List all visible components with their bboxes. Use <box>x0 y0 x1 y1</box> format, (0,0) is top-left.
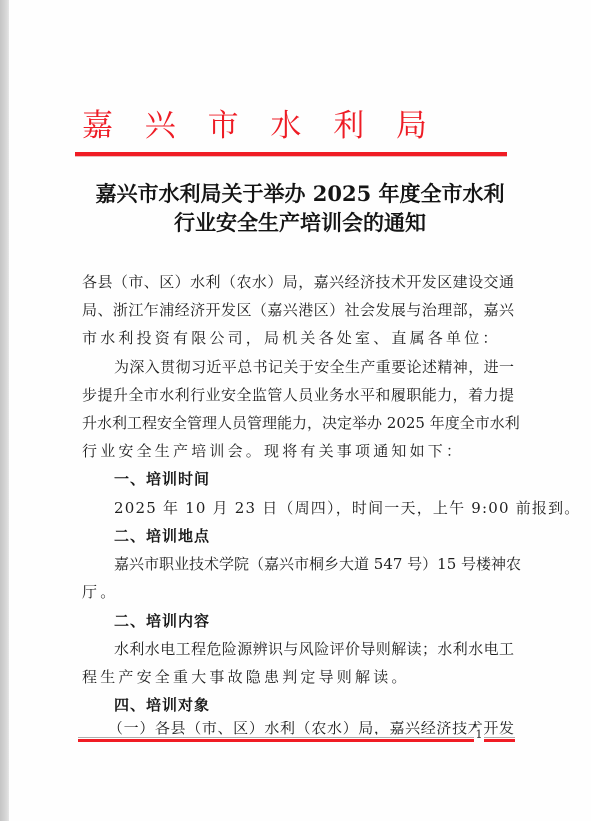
body-line-recipients-1: 各县（市、区）水利（农水）局，嘉兴经济技术开发区建设交通 <box>82 270 514 294</box>
footer-red-rule <box>78 739 515 742</box>
body-line-recipients-2: 局、浙江乍浦经济开发区（嘉兴港区）社会发展与治理部，嘉兴 <box>82 298 514 322</box>
masthead-char: 水 <box>270 106 301 146</box>
masthead-red-rule <box>75 152 507 156</box>
body-line-training-location-1: 嘉兴市职业技术学院（嘉兴市桐乡大道 547 号）15 号楼神农 <box>114 552 514 576</box>
masthead-red-header: 嘉 兴 市 水 利 局 <box>82 106 427 146</box>
body-line-intro-4: 行业安全生产培训会。现将有关事项通知如下： <box>82 439 514 463</box>
body-line-training-targets-1: （一）各县（市、区）水利（农水）局，嘉兴经济技术开发 <box>108 721 514 735</box>
masthead-char: 市 <box>208 106 239 146</box>
body-line-intro-1: 为深入贯彻习近平总书记关于安全生产重要论述精神，进一 <box>114 355 514 379</box>
footer-thin-rule <box>78 737 515 738</box>
body-line-training-time: 2025 年 10 月 23 日（周四），时间一天，上午 9:00 前报到。 <box>114 496 514 520</box>
masthead-char: 利 <box>333 106 364 146</box>
masthead-char: 局 <box>396 106 427 146</box>
masthead-char: 兴 <box>145 106 176 146</box>
section-heading-training-location: 二、培训地点 <box>114 524 514 548</box>
section-heading-training-time: 一、培训时间 <box>114 467 514 491</box>
section-heading-training-content: 二、培训内容 <box>114 609 514 633</box>
masthead-char: 嘉 <box>82 106 113 146</box>
body-line-training-location-2: 厅。 <box>82 580 514 604</box>
body-line-intro-2: 步提升全市水利行业安全监管人员业务水平和履职能力，着力提 <box>82 383 514 407</box>
body-line-training-content-1: 水利水电工程危险源辨识与风险评价导则解读；水利水电工 <box>114 637 514 661</box>
document-title-line-2: 行业安全生产培训会的通知 <box>60 207 540 237</box>
section-heading-training-targets: 四、培训对象 <box>114 693 514 717</box>
body-line-recipients-3: 市水利投资有限公司，局机关各处室、直属各单位： <box>82 326 514 350</box>
viewer-left-edge <box>0 0 9 821</box>
page-number: 1 <box>474 728 484 742</box>
body-line-intro-3: 升水利工程安全管理人员管理能力，决定举办 2025 年度全市水利 <box>82 411 514 435</box>
document-title-line-1: 嘉兴市水利局关于举办 2025 年度全市水利 <box>60 178 540 208</box>
body-line-training-content-2: 程生产安全重大事故隐患判定导则解读。 <box>82 665 514 689</box>
